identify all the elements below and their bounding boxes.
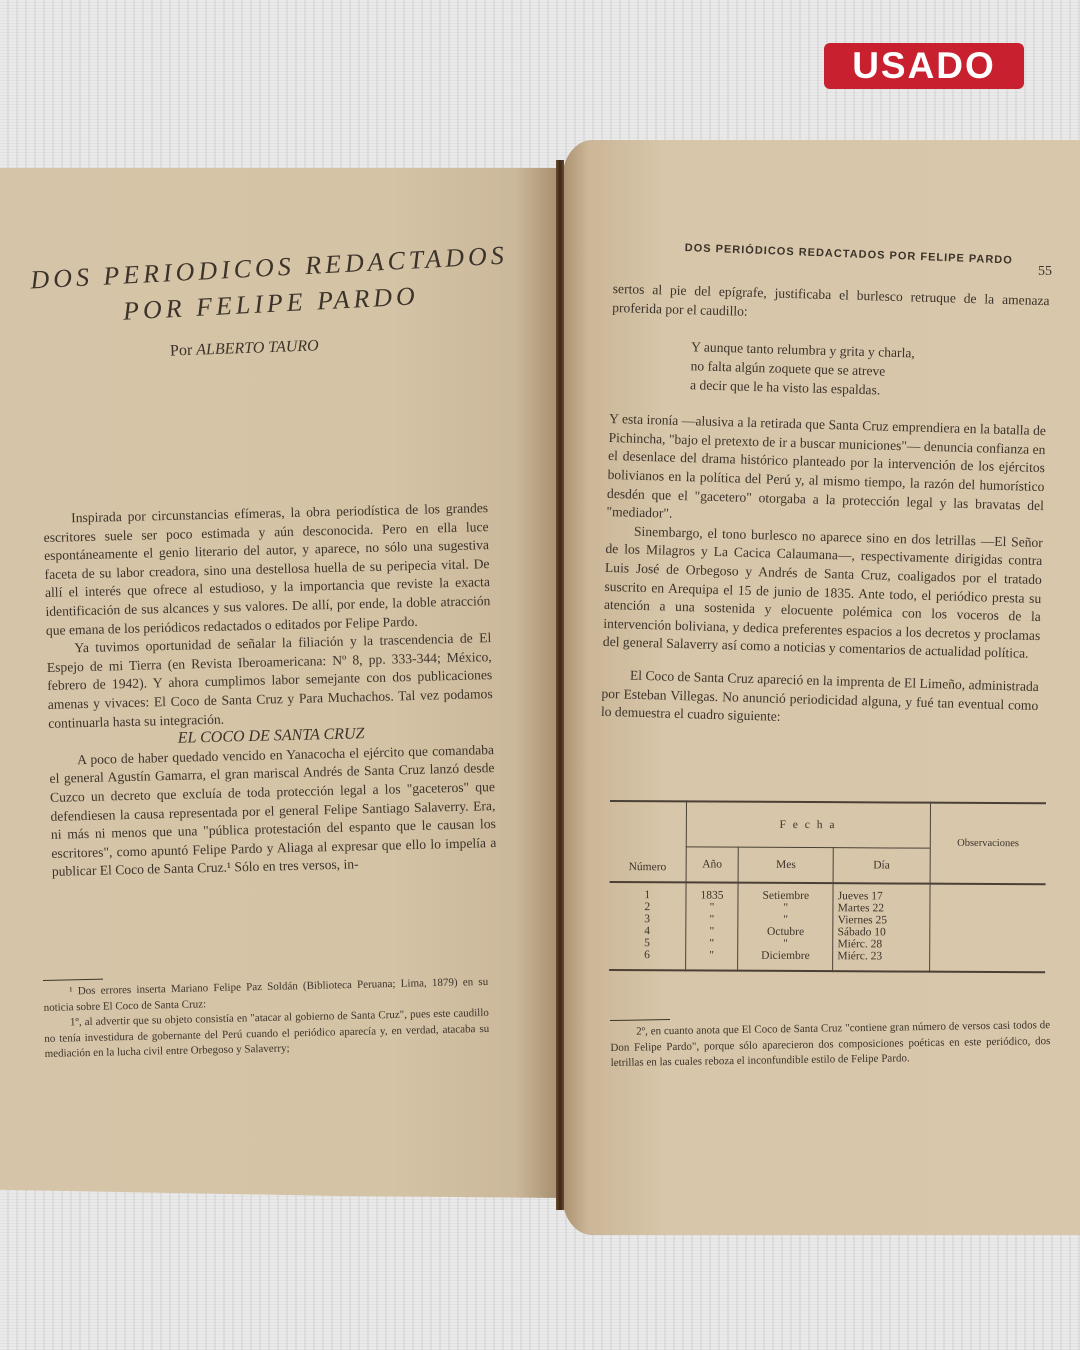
cell-observaciones (929, 915, 1045, 928)
header-numero: Número (610, 801, 687, 882)
footnote: 2º, en cuanto anota que El Coco de Santa… (610, 1018, 1051, 1071)
left-body-text: Inspirada por circunstancias efímeras, l… (43, 499, 497, 882)
book-spine (556, 160, 564, 1210)
cell-anio: 1835 (686, 882, 739, 901)
cell-mes: " (738, 902, 833, 914)
cell-mes: Setiembre (738, 883, 833, 902)
cell-anio: " (685, 937, 738, 949)
paragraph: Sinembargo, el tono burlesco no aparece … (603, 522, 1043, 664)
open-book: DOS PERIODICOS REDACTADOS POR FELIPE PAR… (0, 0, 1080, 1350)
cell-numero: 2 (609, 901, 685, 913)
cell-dia: Miérc. 28 (833, 938, 929, 951)
page-number: 55 (1038, 264, 1052, 280)
cell-mes: " (738, 914, 833, 926)
byline-author: ALBERTO TAURO (196, 337, 319, 358)
footnote-rule (43, 979, 103, 981)
cell-observaciones (929, 951, 1045, 973)
cell-mes: " (738, 938, 833, 950)
cell-observaciones (930, 884, 1046, 904)
cell-dia: Sábado 10 (833, 926, 929, 939)
cell-numero: 3 (609, 913, 685, 925)
cell-dia: Martes 22 (833, 902, 929, 915)
cell-mes: Octubre (738, 926, 833, 938)
table-row: 6 " Diciembre Miérc. 23 (609, 949, 1045, 972)
verse-block: Y aunque tanto relumbra y grita y charla… (690, 337, 1048, 404)
footnote-rule (610, 1019, 670, 1021)
cell-dia: Jueves 17 (833, 883, 929, 903)
cell-observaciones (929, 939, 1045, 952)
table-row: 1 1835 Setiembre Jueves 17 (609, 882, 1045, 903)
header-mes: Mes (738, 847, 833, 883)
cell-mes: Diciembre (738, 950, 833, 971)
paragraph: Y esta ironía —alusiva a la retirada que… (606, 410, 1046, 534)
header-fecha: F e c h a (686, 801, 930, 848)
cell-numero: 5 (609, 937, 685, 949)
cell-observaciones (929, 903, 1045, 916)
cell-anio: " (686, 901, 739, 913)
cell-anio: " (685, 949, 738, 970)
paragraph: A poco de haber quedado vencido en Yanac… (49, 741, 497, 882)
cell-numero: 1 (609, 882, 685, 901)
cell-numero: 6 (609, 949, 685, 970)
left-footnotes: ¹ Dos errores inserta Mariano Felipe Paz… (43, 970, 490, 1063)
cell-anio: " (685, 913, 738, 925)
paragraph: Ya tuvimos oportunidad de señalar la fil… (46, 629, 493, 733)
cell-numero: 4 (609, 925, 685, 937)
cell-observaciones (929, 927, 1045, 940)
header-dia: Día (833, 848, 930, 884)
publication-table: Número F e c h a Observaciones Año Mes D… (609, 800, 1046, 973)
paragraph: Inspirada por circunstancias efímeras, l… (43, 499, 491, 640)
byline-prefix: Por (170, 342, 193, 360)
right-footnote: 2º, en cuanto anota que El Coco de Santa… (610, 1013, 1051, 1071)
header-observaciones: Observaciones (930, 803, 1046, 885)
cell-anio: " (685, 925, 738, 937)
cell-dia: Viernes 25 (833, 914, 929, 927)
header-anio: Año (686, 847, 739, 883)
cell-dia: Miérc. 23 (833, 950, 929, 972)
right-body-text: sertos al pie del epígrafe, justificaba … (601, 280, 1050, 734)
